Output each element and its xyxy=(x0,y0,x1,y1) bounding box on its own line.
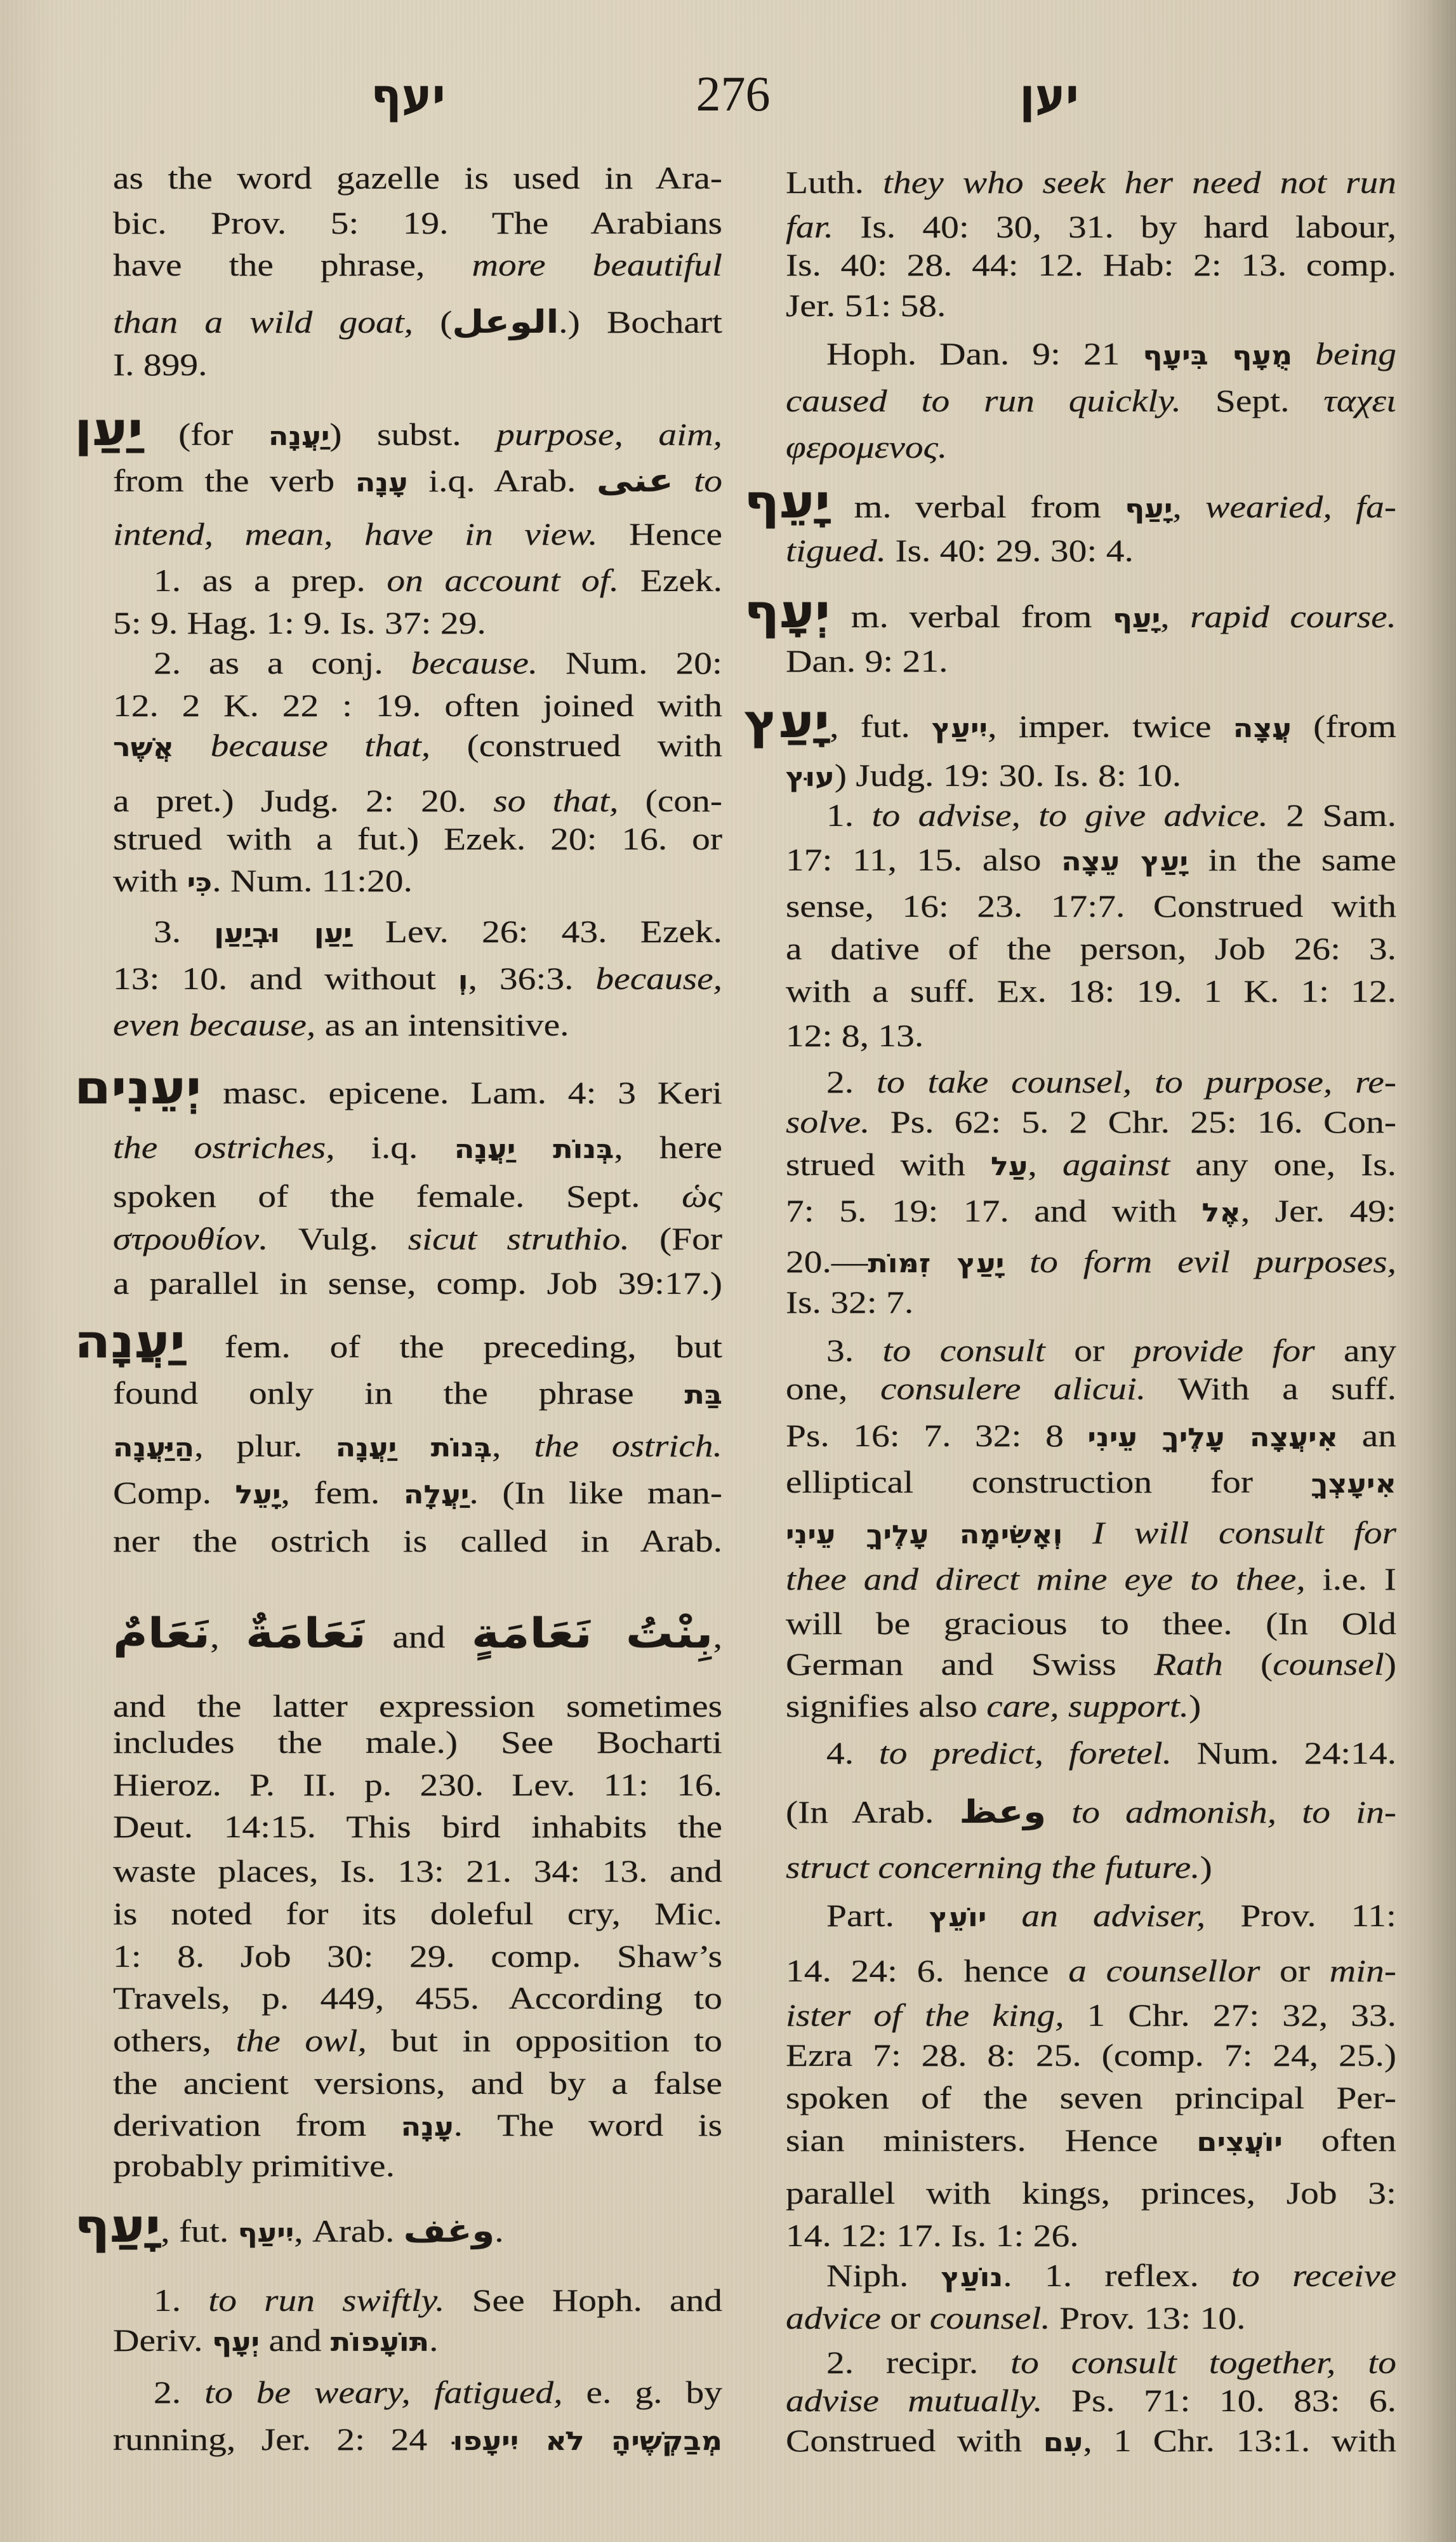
italic-text: because, xyxy=(595,961,722,996)
roman-text: i.e. I xyxy=(1306,1561,1396,1597)
roman-text xyxy=(986,1898,1021,1933)
roman-text: , imper. twice xyxy=(988,709,1233,744)
hebrew-text: יָעַץ עֵצָה xyxy=(1061,848,1188,877)
roman-text: (for xyxy=(143,416,268,452)
roman-text: from the verb xyxy=(113,463,355,498)
text-line: solve. Ps. 62: 5. 2 Chr. 25: 16. Con- xyxy=(786,1103,1396,1141)
text-line: one, consulere alicui. With a suff. xyxy=(786,1369,1396,1407)
italic-text: being xyxy=(1315,336,1396,371)
hebrew-text: הַיַּעֲנָה xyxy=(113,1434,194,1463)
roman-text: (For xyxy=(630,1221,722,1256)
text-line: far. Is. 40: 30, 31. by hard labour, xyxy=(786,208,1396,246)
text-line: with a suff. Ex. 18: 19. 1 K. 1: 12. xyxy=(786,972,1396,1010)
entry-headword-line: יְעֵנִים masc. epicene. Lam. 4: 3 Keri xyxy=(74,1069,722,1112)
roman-text: includes the male.) See Bocharti xyxy=(113,1724,722,1760)
hebrew-text: תּוֹעָפוֹת xyxy=(331,2328,429,2357)
italic-text: provide for xyxy=(1134,1333,1315,1368)
text-line: strued with a fut.) Ezek. 20: 16. or xyxy=(113,820,722,858)
hebrew-text: בְּנוֹת יַעֲנָה xyxy=(336,1434,492,1463)
italic-text: counsel. xyxy=(930,2300,1050,2336)
roman-text: , here xyxy=(614,1129,722,1165)
text-line: with כִּי. Num. 11:20. xyxy=(113,862,414,902)
roman-text: Comp. xyxy=(113,1475,235,1510)
roman-text: 14. 24: 6. hence xyxy=(786,1953,1068,1988)
roman-text: is noted for its doleful cry, Mic. xyxy=(113,1896,722,1931)
roman-text: Dan. 9: 21. xyxy=(786,643,948,679)
roman-text: 3. xyxy=(154,914,214,949)
roman-text: , fem. xyxy=(281,1475,404,1510)
hebrew-text: וְאָשִׂימָה עָלֶיךָ עֵינִי xyxy=(786,1521,1062,1550)
italic-text: advise mutually. xyxy=(786,2383,1043,2418)
text-line: 3. to consult or provide for any xyxy=(826,1331,1396,1369)
roman-text: . xyxy=(494,2213,503,2249)
italic-text: an adviser, xyxy=(1021,1898,1205,1933)
running-head-left-catchword: יעף xyxy=(371,72,446,118)
roman-text: bic. Prov. 5: 19. The Arabians xyxy=(113,205,722,241)
dictionary-page: יעף 276 יען as the word gazelle is used … xyxy=(0,0,1456,2542)
roman-text: waste places, Is. 13: 21. 34: 13. and xyxy=(113,1853,722,1889)
roman-text: and xyxy=(366,1619,472,1654)
entry-headword-line: יַעַן (for יַעֲנָה) subst. purpose, aim, xyxy=(74,411,722,456)
hebrew-text: וְ xyxy=(458,966,468,995)
roman-text: derivation from xyxy=(113,2107,401,2143)
roman-text: , xyxy=(492,1428,534,1463)
italic-text: min- xyxy=(1330,1953,1396,1988)
hebrew-text: נוֹעַץ xyxy=(941,2263,1003,2292)
hebrew-text: בַּת xyxy=(685,1381,722,1410)
greek-text: ταχει xyxy=(1323,383,1396,418)
hebrew-text: יָעַף xyxy=(1113,604,1160,634)
italic-text: solve. xyxy=(786,1104,870,1140)
roman-text: , Jer. 49: xyxy=(1241,1193,1396,1228)
text-line: Hieroz. P. II. p. 230. Lev. 11: 16. xyxy=(113,1766,722,1804)
roman-text: . (In like man- xyxy=(469,1475,722,1510)
hebrew-text: מֻעָף בִּיעָף xyxy=(1142,342,1292,371)
hebrew-text: אֶל xyxy=(1202,1199,1241,1228)
roman-text: 2. recipr. xyxy=(826,2345,1010,2380)
italic-text: to form evil purposes, xyxy=(1029,1244,1396,1279)
hebrew-text: יְעָף xyxy=(212,2328,260,2357)
hebrew-text: עוּץ xyxy=(786,763,835,792)
text-line: Deut. 14:15. This bird inhabits the xyxy=(113,1807,722,1846)
roman-text: 12. 2 K. 22 : 19. often joined with xyxy=(113,688,722,723)
hebrew-text: יִיעַף xyxy=(238,2219,295,2248)
roman-text: an xyxy=(1338,1418,1396,1453)
italic-text: intend, mean, have in view. xyxy=(113,516,598,552)
hebrew-text: אִיעֲצָה עָלֶיךָ עֵינִי xyxy=(1087,1423,1338,1453)
italic-text: wearied, fa- xyxy=(1205,489,1396,524)
hebrew-text: עֲצָה xyxy=(1233,714,1292,743)
roman-text: 2. as a conj. xyxy=(154,645,411,681)
italic-text: rapid course. xyxy=(1190,599,1396,634)
text-line: 7: 5. 19: 17. and with אֶל, Jer. 49: xyxy=(786,1192,1396,1232)
roman-text: ( xyxy=(1223,1646,1273,1682)
italic-text: they who seek her need not run xyxy=(883,164,1396,200)
hebrew-text: יַעֲלָה xyxy=(404,1481,470,1510)
italic-text: care, support. xyxy=(986,1688,1189,1724)
roman-text: Is. 32: 7. xyxy=(786,1284,913,1320)
text-line: 1. as a prep. on account of. Ezek. xyxy=(154,561,722,599)
italic-text: consulere alicui. xyxy=(880,1371,1146,1406)
italic-text: to be weary, fatigued, xyxy=(204,2374,562,2410)
text-line: 1. to run swiftly. See Hoph. and xyxy=(154,2281,722,2319)
roman-text: with a suff. Ex. 18: 19. 1 K. 1: 12. xyxy=(786,973,1396,1009)
text-line: אֲשֶׁר because that, (construed with xyxy=(113,726,722,767)
text-line: 1. to advise, to give advice. 2 Sam. xyxy=(826,796,1396,834)
text-line: Deriv. יְעָף and תּוֹעָפוֹת. xyxy=(113,2321,440,2362)
roman-text: 14. 12: 17. Is. 1: 26. xyxy=(786,2218,1079,2253)
roman-text: a parallel in sense, comp. Job 39:17.) xyxy=(113,1265,722,1301)
roman-text: in the same xyxy=(1188,842,1396,877)
text-line: στρουθίον. Vulg. sicut struthio. (For xyxy=(113,1220,722,1258)
italic-text: advice xyxy=(786,2300,881,2336)
text-line: derivation from עָנָה. The word is xyxy=(113,2106,722,2146)
text-line: Construed with עִם, 1 Chr. 13:1. with xyxy=(786,2421,1396,2462)
roman-text: any xyxy=(1315,1333,1396,1368)
roman-text: 2 Sam. xyxy=(1268,797,1396,833)
text-line: signifies also care, support.) xyxy=(786,1687,1203,1725)
roman-text: Ps. 71: 10. 83: 6. xyxy=(1043,2383,1396,2418)
italic-text: because. xyxy=(411,645,538,681)
roman-text: 12: 8, 13. xyxy=(786,1018,923,1053)
text-line: elliptical construction for אִיעָצְךָ xyxy=(786,1463,1396,1503)
entry-headword-line: יָעַץ, fut. יִיעַץ, imper. twice עֲצָה (… xyxy=(744,703,1396,748)
roman-text: sian ministers. Hence xyxy=(786,2122,1196,2158)
roman-text: , Arab. xyxy=(294,2213,403,2249)
text-line: German and Swiss Rath (counsel) xyxy=(786,1645,1396,1683)
text-line: ister of the king, 1 Chr. 27: 32, 33. xyxy=(786,1996,1396,2034)
arabic-text: وغف xyxy=(404,2213,494,2249)
text-line: Is. 40: 28. 44: 12. Hab: 2: 13. comp. xyxy=(786,246,1396,284)
entry-headword-line: יָעֵף m. verbal from יָעַף, wearied, fa- xyxy=(744,483,1396,528)
hebrew-text: אֲשֶׁר xyxy=(113,733,174,762)
roman-text: probably primitive. xyxy=(113,2148,395,2183)
text-line: the ostriches, i.q. בְּנוֹת יַעֲנָה, her… xyxy=(113,1128,722,1169)
roman-text: See Hoph. and xyxy=(444,2282,722,2318)
text-line: sian ministers. Hence יוֹעֲצִים often xyxy=(786,2121,1396,2162)
italic-text: to advise, to give advice. xyxy=(871,797,1267,833)
roman-text: 1. xyxy=(154,2282,208,2318)
roman-text: the ancient versions, and by a false xyxy=(113,2065,722,2101)
hebrew-text: יָעַף xyxy=(1125,495,1172,524)
roman-text: Hieroz. P. II. p. 230. Lev. 11: 16. xyxy=(113,1767,722,1802)
roman-text: 3. xyxy=(826,1333,883,1368)
arabic-text: نَعَامَةٌ xyxy=(246,1610,366,1658)
roman-text: Prov. 11: xyxy=(1205,1898,1396,1933)
text-line: 12: 8, 13. xyxy=(786,1016,925,1055)
hebrew-text: יָעַץ זִמּוֹת xyxy=(868,1249,1004,1279)
text-line: 2. as a conj. because. Num. 20: xyxy=(154,644,722,682)
text-line: a pret.) Judg. 2: 20. so that, (con- xyxy=(113,782,722,820)
roman-text: Deriv. xyxy=(113,2322,212,2358)
roman-text: but in opposition to xyxy=(367,2023,722,2058)
roman-text: Vulg. xyxy=(268,1221,408,1256)
text-line: הַיַּעֲנָה, plur. בְּנוֹת יַעֲנָה, the o… xyxy=(113,1427,722,1467)
roman-text: 1. as a prep. xyxy=(154,562,387,598)
greek-text: φερομενος. xyxy=(786,429,947,465)
roman-text: ) xyxy=(1189,1688,1201,1724)
text-line: Hoph. Dan. 9: 21 מֻעָף בִּיעָף being xyxy=(826,335,1396,375)
text-line: from the verb עָנָה i.q. Arab. عنى to xyxy=(113,462,722,502)
hebrew-text: אִיעָצְךָ xyxy=(1311,1470,1396,1499)
hebrew-text: עָנָה xyxy=(401,2113,454,2142)
roman-text: 2. xyxy=(826,1064,877,1100)
italic-text: sicut struthio. xyxy=(408,1221,630,1256)
hebrew-headword: יָעֵף xyxy=(744,476,830,529)
roman-text: with xyxy=(113,863,187,898)
text-line: نَعَامٌ, نَعَامَةٌ and بِنْتُ نَعَامَةٍ, xyxy=(113,1615,722,1656)
roman-text: , xyxy=(1028,1147,1062,1182)
hebrew-headword: יָעַף xyxy=(74,2200,161,2253)
roman-text: one, xyxy=(786,1371,880,1406)
roman-text: e. g. by xyxy=(563,2374,722,2410)
text-line: Part. יוֹעֵץ an adviser, Prov. 11: xyxy=(826,1896,1396,1937)
hebrew-text: יַעַן וּבְיַעַן xyxy=(214,919,352,948)
roman-text: Hence xyxy=(598,516,722,552)
text-line: 14. 12: 17. Is. 1: 26. xyxy=(786,2216,1080,2254)
roman-text: Is. 40: 29. 30: 4. xyxy=(886,533,1134,568)
roman-text: or xyxy=(1045,1333,1134,1368)
italic-text: counsel xyxy=(1273,1646,1384,1682)
roman-text: German and Swiss xyxy=(786,1646,1154,1682)
arabic-text: وعظ xyxy=(959,1793,1046,1830)
italic-text: ister of the king, xyxy=(786,1997,1064,2033)
roman-text: Hoph. Dan. 9: 21 xyxy=(826,336,1142,371)
roman-text: , xyxy=(713,1619,722,1654)
italic-text: because that, xyxy=(211,728,431,763)
italic-text: far. xyxy=(786,209,833,244)
italic-text: to run swiftly. xyxy=(208,2282,444,2318)
text-line: 13: 10. and without וְ, 36:3. because, xyxy=(113,959,722,1000)
text-line: 14. 24: 6. hence a counsellor or min- xyxy=(786,1952,1396,1990)
hebrew-text: כִּי xyxy=(187,868,213,898)
text-line: caused to run quickly. Sept. ταχει xyxy=(786,382,1396,420)
roman-text: and xyxy=(260,2322,331,2358)
italic-text: than a wild goat, xyxy=(113,304,440,340)
text-line: Ezra 7: 28. 8: 25. (comp. 7: 24, 25.) xyxy=(786,2036,1396,2074)
greek-text: ὡς xyxy=(682,1178,722,1214)
roman-text: 2. xyxy=(154,2374,204,2410)
roman-text: sense, 16: 23. 17:7. Construed with xyxy=(786,888,1396,924)
text-line: φερομενος. xyxy=(786,428,948,466)
roman-text: a pret.) Judg. 2: 20. xyxy=(113,783,493,818)
entry-headword-line: יְעָף m. verbal from יָעַף, rapid course… xyxy=(744,593,1396,638)
text-line: running, Jer. 2: 24 מְבַקְשֶׁיהָ לֹא יִי… xyxy=(113,2420,722,2461)
text-line: 20.—יָעַץ זִמּוֹת to form evil purposes, xyxy=(786,1242,1396,1283)
text-line: have the phrase, more beautiful xyxy=(113,246,722,284)
arabic-text: بِنْتُ نَعَامَةٍ xyxy=(472,1610,713,1658)
italic-text: to admonish, to in- xyxy=(1071,1794,1396,1830)
text-line: advise mutually. Ps. 71: 10. 83: 6. xyxy=(786,2381,1396,2419)
roman-text: Niph. xyxy=(826,2258,941,2293)
roman-text: spoken of the seven principal Per- xyxy=(786,2080,1396,2115)
roman-text xyxy=(1004,1244,1029,1279)
text-line: even because, as an intensitive. xyxy=(113,1006,571,1044)
text-line: 4. to predict, foretel. Num. 24:14. xyxy=(826,1734,1396,1772)
roman-text: Lev. 26: 43. Ezek. xyxy=(352,914,722,949)
text-line: 12. 2 K. 22 : 19. often joined with xyxy=(113,686,722,724)
text-line: 1: 8. Job 30: 29. comp. Shaw’s xyxy=(113,1937,722,1975)
text-line: Travels, p. 449, 455. According to xyxy=(113,1979,722,2017)
text-line: 2. recipr. to consult together, to xyxy=(826,2343,1396,2381)
roman-text: Ezra 7: 28. 8: 25. (comp. 7: 24, 25.) xyxy=(786,2037,1396,2073)
roman-text: i.q. xyxy=(335,1129,454,1165)
roman-text: , fut. xyxy=(161,2213,237,2249)
text-line: is noted for its doleful cry, Mic. xyxy=(113,1894,722,1933)
text-line: waste places, Is. 13: 21. 34: 13. and xyxy=(113,1852,722,1890)
roman-text: 20.— xyxy=(786,1244,868,1279)
text-line: עוּץ) Judg. 19: 30. Is. 8: 10. xyxy=(786,756,1183,797)
roman-text: 5: 9. Hag. 1: 9. Is. 37: 29. xyxy=(113,605,486,641)
hebrew-headword: יְעֵנִים xyxy=(74,1061,201,1115)
roman-text: . xyxy=(429,2322,438,2358)
roman-text: Ps. 16: 7. 32: 8 xyxy=(786,1418,1087,1453)
roman-text: Prov. 13: 10. xyxy=(1050,2300,1246,2336)
roman-text: 1: 8. Job 30: 29. comp. Shaw’s xyxy=(113,1938,722,1974)
italic-text: I will consult for xyxy=(1092,1515,1396,1550)
text-line: spoken of the female. Sept. ὡς xyxy=(113,1177,722,1215)
roman-text: running, Jer. 2: 24 xyxy=(113,2421,453,2457)
text-line: as the word gazelle is used in Ara- xyxy=(113,159,722,197)
roman-text: Construed with xyxy=(786,2423,1043,2458)
roman-text: as an intensitive. xyxy=(315,1007,569,1042)
roman-text: any one, Is. xyxy=(1170,1147,1396,1182)
italic-text: Rath xyxy=(1154,1646,1223,1682)
roman-text: Num. 24:14. xyxy=(1172,1735,1396,1771)
hebrew-headword: יָעַץ xyxy=(744,695,830,749)
roman-text: (con- xyxy=(618,783,722,818)
roman-text: 17: 11, 15. also xyxy=(786,842,1061,877)
italic-text: the ostriches, xyxy=(113,1129,335,1165)
hebrew-text: יִיעַץ xyxy=(932,714,988,743)
italic-text: more beautiful xyxy=(472,247,722,283)
running-head-right-catchword: יען xyxy=(1019,72,1079,118)
italic-text: against xyxy=(1062,1147,1170,1182)
text-line: ner the ostrich is called in Arab. xyxy=(113,1522,722,1560)
roman-text: I. 899. xyxy=(113,347,208,382)
text-line: 3. יַעַן וּבְיַעַן Lev. 26: 43. Ezek. xyxy=(154,912,722,953)
text-line: a parallel in sense, comp. Job 39:17.) xyxy=(113,1264,722,1302)
roman-text: , 1 Chr. 13:1. with xyxy=(1083,2423,1396,2458)
text-line: Jer. 51: 58. xyxy=(786,286,947,324)
roman-text: ) xyxy=(1200,1849,1212,1885)
text-line: spoken of the seven principal Per- xyxy=(786,2079,1396,2117)
italic-text: to consult together, to xyxy=(1010,2345,1396,2380)
text-line: (In Arab. وعظ to admonish, to in- xyxy=(786,1793,1396,1831)
italic-text: caused to run quickly. xyxy=(786,383,1181,418)
roman-text: strued with xyxy=(786,1147,991,1182)
roman-text: spoken of the female. Sept. xyxy=(113,1178,682,1214)
italic-text: struct concerning the future. xyxy=(786,1849,1200,1885)
roman-text: others, xyxy=(113,2023,236,2058)
italic-text: to receive xyxy=(1231,2258,1396,2293)
hebrew-text: עִם xyxy=(1043,2428,1083,2458)
arabic-text: نَعَامٌ xyxy=(113,1610,210,1658)
roman-text xyxy=(1292,336,1315,371)
roman-text: Deut. 14:15. This bird inhabits the xyxy=(113,1809,722,1844)
roman-text: , xyxy=(1160,599,1190,634)
entry-headword-line: יָעַף, fut. יִיעַף, Arab. وغف. xyxy=(74,2207,505,2253)
roman-text: found only in the phrase xyxy=(113,1375,685,1411)
roman-text xyxy=(673,463,694,498)
roman-text: (from xyxy=(1292,709,1396,744)
text-line: Dan. 9: 21. xyxy=(786,642,950,680)
roman-text: 13: 10. and without xyxy=(113,961,458,996)
roman-text: 4. xyxy=(826,1735,879,1771)
text-line: intend, mean, have in view. Hence xyxy=(113,515,722,553)
roman-text: Is. 40: 28. 44: 12. Hab: 2: 13. comp. xyxy=(786,247,1396,283)
text-line: 5: 9. Hag. 1: 9. Is. 37: 29. xyxy=(113,604,487,642)
hebrew-text: מְבַקְשֶׁיהָ לֹא יִיעָפוּ xyxy=(453,2427,722,2456)
roman-text: will be gracious to thee. (In Old xyxy=(786,1606,1396,1641)
text-line: tigued. Is. 40: 29. 30: 4. xyxy=(786,531,1135,569)
roman-text: 1. xyxy=(826,797,871,833)
text-line: strued with עַל, against any one, Is. xyxy=(786,1145,1396,1186)
roman-text: 7: 5. 19: 17. and with xyxy=(786,1193,1202,1228)
roman-text: often xyxy=(1283,2122,1396,2158)
roman-text: ) subst. xyxy=(329,416,496,452)
text-line: a dative of the person, Job 26: 3. xyxy=(786,929,1396,968)
hebrew-text: יָעֵל xyxy=(235,1481,281,1510)
text-line: will be gracious to thee. (In Old xyxy=(786,1604,1396,1642)
roman-text: Luth. xyxy=(786,164,883,200)
roman-text: Travels, p. 449, 455. According to xyxy=(113,1980,722,2016)
roman-text: parallel with kings, princes, Job 3: xyxy=(786,2175,1396,2211)
italic-text: the owl, xyxy=(236,2023,367,2058)
roman-text: or xyxy=(1260,1953,1329,1988)
italic-text: to xyxy=(694,463,722,498)
text-line: than a wild goat, (الوعل.) Bochart xyxy=(113,303,722,341)
text-line: thee and direct mine eye to thee, i.e. I xyxy=(786,1560,1396,1598)
roman-text xyxy=(1062,1515,1092,1550)
text-line: advice or counsel. Prov. 13: 10. xyxy=(786,2299,1247,2337)
roman-text: Jer. 51: 58. xyxy=(786,288,946,323)
text-line: Luth. they who seek her need not run xyxy=(786,163,1396,201)
roman-text: ) xyxy=(1384,1646,1396,1682)
text-line: Is. 32: 7. xyxy=(786,1283,915,1321)
roman-text: or xyxy=(881,2300,930,2336)
roman-text: . Num. 11:20. xyxy=(212,863,413,898)
italic-text: to take counsel, to purpose, re- xyxy=(877,1064,1396,1100)
hebrew-headword: יַעַן xyxy=(74,403,143,456)
roman-text: (construed with xyxy=(430,728,722,763)
roman-text: a dative of the person, Job 26: 3. xyxy=(786,931,1396,966)
text-line: parallel with kings, princes, Job 3: xyxy=(786,2174,1396,2212)
text-line: וְאָשִׂימָה עָלֶיךָ עֵינִי I will consul… xyxy=(786,1514,1396,1554)
text-line: 2. to be weary, fatigued, e. g. by xyxy=(154,2373,722,2411)
text-line: others, the owl, but in opposition to xyxy=(113,2021,722,2060)
text-line: bic. Prov. 5: 19. The Arabians xyxy=(113,204,722,242)
roman-text: as the word gazelle is used in Ara- xyxy=(113,160,722,196)
italic-text: the ostrich. xyxy=(534,1428,722,1463)
roman-text: signifies also xyxy=(786,1688,986,1724)
text-line: 17: 11, 15. also יָעַץ עֵצָה in the same xyxy=(786,841,1396,881)
roman-text: fem. of the preceding, but xyxy=(185,1329,722,1364)
italic-text: tigued. xyxy=(786,533,886,568)
hebrew-headword: יְעָף xyxy=(744,585,830,639)
arabic-text: عنى xyxy=(597,462,673,499)
roman-text: 1 Chr. 27: 32, 33. xyxy=(1064,1997,1396,2033)
italic-text: thee and direct mine eye to thee, xyxy=(786,1561,1306,1597)
roman-text: have the phrase, xyxy=(113,247,472,283)
text-line: probably primitive. xyxy=(113,2146,396,2185)
roman-text: , fut. xyxy=(830,709,932,744)
text-line: includes the male.) See Bocharti xyxy=(113,1723,722,1761)
hebrew-text: יוֹעֲצִים xyxy=(1196,2128,1283,2157)
hebrew-text: בְּנוֹת יַעֲנָה xyxy=(454,1135,614,1164)
roman-text: i.q. Arab. xyxy=(408,463,597,498)
italic-text: to consult xyxy=(883,1333,1045,1368)
